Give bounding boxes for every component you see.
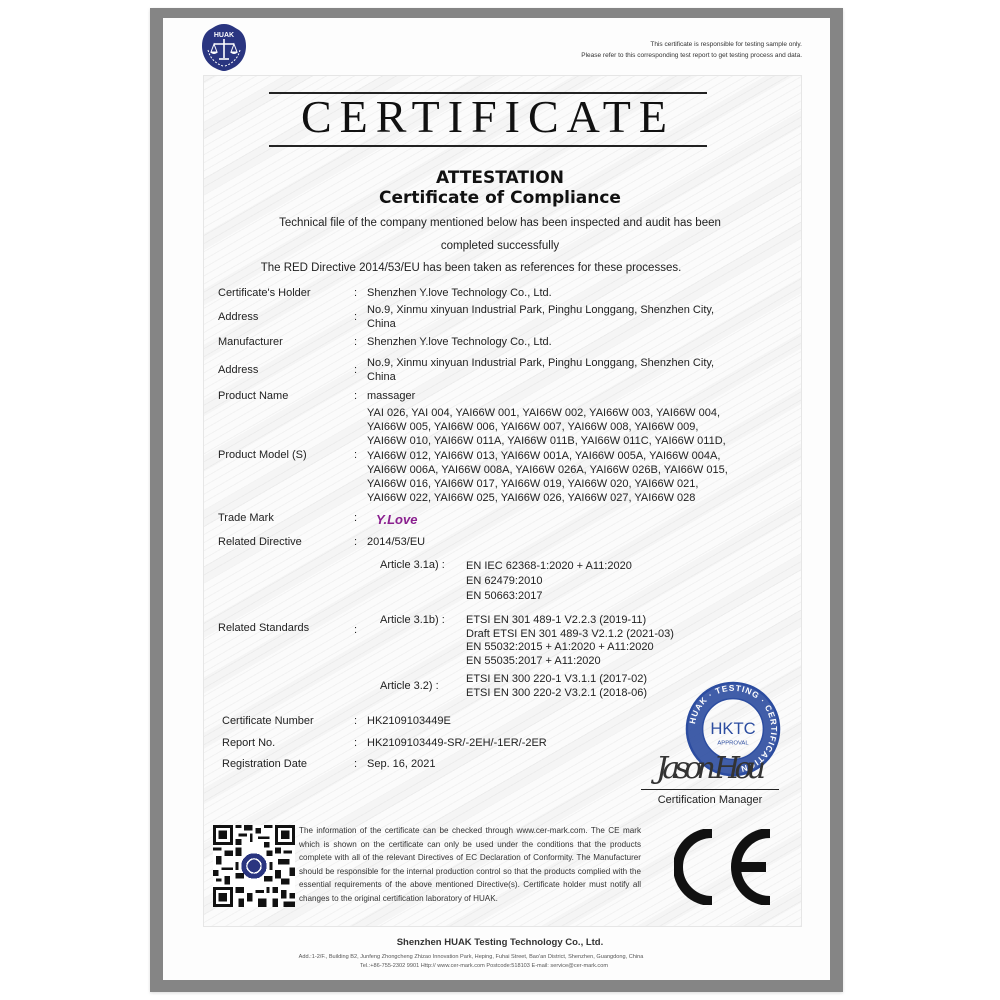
colon: : bbox=[354, 287, 357, 301]
ylove-trademark-logo: Y.Love bbox=[376, 512, 417, 527]
product-name-value: massager bbox=[367, 390, 787, 404]
standard-item: EN 55032:2015 + A1:2020 + A11:2020 bbox=[466, 641, 674, 655]
standard-item: ETSI EN 300 220-2 V3.2.1 (2018-06) bbox=[466, 686, 647, 700]
directive-value: 2014/53/EU bbox=[367, 536, 787, 550]
product-name-label: Product Name bbox=[218, 390, 288, 404]
cert-number-label: Certificate Number bbox=[222, 715, 314, 729]
standard-item: EN 50663:2017 bbox=[466, 589, 632, 604]
standard-item: ETSI EN 300 220-1 V3.1.1 (2017-02) bbox=[466, 672, 647, 686]
disclaimer: This certificate is responsible for test… bbox=[581, 39, 802, 61]
huak-logo-icon: HUAK bbox=[199, 22, 249, 72]
intro-line-2: completed successfully bbox=[0, 240, 1000, 252]
certificate-title: CERTIFICATE bbox=[262, 92, 714, 142]
disclaimer-line: This certificate is responsible for test… bbox=[581, 39, 802, 50]
model-line: YAI66W 005, YAI66W 006, YAI66W 007, YAI6… bbox=[367, 420, 797, 434]
manufacturer-value: Shenzhen Y.love Technology Co., Ltd. bbox=[367, 336, 787, 350]
reg-date-label: Registration Date bbox=[222, 758, 307, 772]
standard-item: Draft ETSI EN 301 489-3 V2.1.2 (2021-03) bbox=[466, 628, 674, 642]
colon: : bbox=[354, 624, 357, 638]
standard-item: EN IEC 62368-1:2020 + A11:2020 bbox=[466, 559, 632, 574]
compliance-heading: Certificate of Compliance bbox=[0, 188, 1000, 208]
address1-line2: China bbox=[367, 318, 787, 332]
intro-line-1: Technical file of the company mentioned … bbox=[0, 217, 1000, 229]
colon: : bbox=[354, 311, 357, 325]
disclaimer-line: Please refer to this corresponding test … bbox=[581, 50, 802, 61]
standard-item: EN 62479:2010 bbox=[466, 574, 632, 589]
article-3-1b-standards: ETSI EN 301 489-1 V2.2.3 (2019-11) Draft… bbox=[466, 614, 674, 668]
certification-manager-label: Certification Manager bbox=[641, 794, 779, 806]
model-line: YAI66W 012, YAI66W 013, YAI66W 001A, YAI… bbox=[367, 449, 797, 463]
standard-item: ETSI EN 301 489-1 V2.2.3 (2019-11) bbox=[466, 614, 674, 628]
footer-contact: Tel.:+86-755-2302 9901 Http:// www.cer-m… bbox=[0, 963, 984, 969]
address2-line1: No.9, Xinmu xinyuan Industrial Park, Pin… bbox=[367, 357, 787, 371]
model-line: YAI66W 010, YAI66W 011A, YAI66W 011B, YA… bbox=[367, 434, 797, 448]
report-label: Report No. bbox=[222, 737, 275, 751]
signature-icon: Jason Hou bbox=[650, 738, 770, 788]
article-3-2-label: Article 3.2) : bbox=[380, 680, 439, 694]
colon: : bbox=[354, 390, 357, 404]
model-line: YAI66W 016, YAI66W 017, YAI66W 019, YAI6… bbox=[367, 477, 797, 491]
svg-text:Jason Hou: Jason Hou bbox=[650, 751, 766, 786]
address1-label: Address bbox=[218, 311, 258, 325]
svg-text:HKTC: HKTC bbox=[710, 719, 755, 738]
trademark-value: Y.Love bbox=[376, 512, 417, 527]
attestation-heading: ATTESTATION bbox=[0, 168, 1000, 188]
colon: : bbox=[354, 449, 357, 463]
model-line: YAI 026, YAI 004, YAI66W 001, YAI66W 002… bbox=[367, 406, 797, 420]
qr-code-icon[interactable] bbox=[213, 825, 295, 907]
svg-text:HUAK: HUAK bbox=[214, 32, 234, 39]
product-model-list: YAI 026, YAI 004, YAI66W 001, YAI66W 002… bbox=[367, 406, 797, 505]
model-line: YAI66W 022, YAI66W 025, YAI66W 026, YAI6… bbox=[367, 491, 797, 505]
article-3-2-standards: ETSI EN 300 220-1 V3.1.1 (2017-02) ETSI … bbox=[466, 672, 647, 700]
manufacturer-label: Manufacturer bbox=[218, 336, 283, 350]
directive-label: Related Directive bbox=[218, 536, 302, 550]
article-3-1a-label: Article 3.1a) : bbox=[380, 559, 445, 573]
footer-company: Shenzhen HUAK Testing Technology Co., Lt… bbox=[0, 937, 1000, 948]
address2-line2: China bbox=[367, 371, 787, 385]
address1-line1: No.9, Xinmu xinyuan Industrial Park, Pin… bbox=[367, 304, 787, 318]
article-3-1b-label: Article 3.1b) : bbox=[380, 614, 445, 628]
article-3-1a-standards: EN IEC 62368-1:2020 + A11:2020 EN 62479:… bbox=[466, 559, 632, 604]
intro-line-3: The RED Directive 2014/53/EU has been ta… bbox=[0, 262, 971, 274]
holder-value: Shenzhen Y.love Technology Co., Ltd. bbox=[367, 287, 787, 301]
colon: : bbox=[354, 512, 357, 526]
colon: : bbox=[354, 737, 357, 751]
colon: : bbox=[354, 364, 357, 378]
footer-address: Add.:1-2/F., Building B2, Junfeng Zhongc… bbox=[0, 954, 971, 960]
standard-item: EN 55035:2017 + A11:2020 bbox=[466, 655, 674, 669]
address2-label: Address bbox=[218, 364, 258, 378]
colon: : bbox=[354, 758, 357, 772]
ce-mark-icon bbox=[674, 829, 776, 905]
trademark-label: Trade Mark bbox=[218, 512, 274, 526]
title-rule-bottom bbox=[269, 145, 707, 147]
product-model-label: Product Model (S) bbox=[218, 449, 307, 463]
model-line: YAI66W 006A, YAI66W 008A, YAI66W 026A, Y… bbox=[367, 463, 797, 477]
colon: : bbox=[354, 715, 357, 729]
signature-line bbox=[641, 789, 779, 790]
standards-label: Related Standards bbox=[218, 622, 309, 636]
colon: : bbox=[354, 536, 357, 550]
colon: : bbox=[354, 336, 357, 350]
holder-label: Certificate's Holder bbox=[218, 287, 311, 301]
certificate-notice: The information of the certificate can b… bbox=[299, 824, 641, 906]
